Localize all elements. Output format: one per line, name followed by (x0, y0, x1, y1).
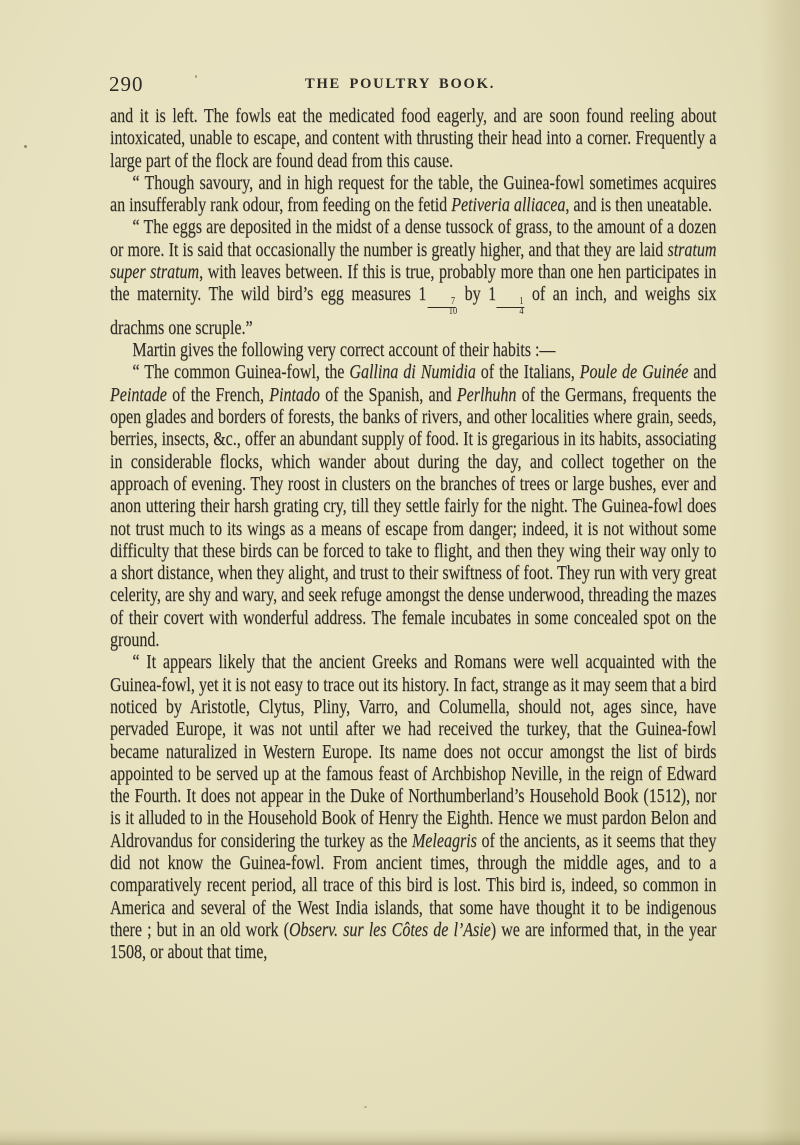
paragraph: “ It appears likely that the ancient Gre… (110, 651, 716, 963)
paragraph: “ The eggs are deposited in the midst of… (110, 216, 716, 339)
body-text: “ The common Guinea-fowl, the (132, 361, 349, 383)
body-text: of the Italians, (476, 361, 580, 383)
italic-text: Peintade (110, 384, 167, 406)
italic-text: Poule de Guinée (580, 361, 689, 383)
paragraph: “ Though savoury, and in high request fo… (110, 172, 716, 217)
fraction: 14 (496, 298, 524, 317)
paragraph: “ The common Guinea-fowl, the Gallina di… (110, 361, 716, 651)
body-text: “ The eggs are deposited in the midst of… (110, 216, 716, 260)
italic-text: Meleagris (412, 830, 477, 852)
italic-text: Observ. sur les Côtes de l’Asie (289, 919, 491, 941)
body-text: and it is left. The fowls eat the medica… (110, 105, 716, 172)
paragraph: and it is left. The fowls eat the medica… (110, 105, 716, 172)
italic-text: Gallina di Numidia (349, 361, 475, 383)
body-text: Martin gives the following very correct … (132, 339, 555, 361)
body-text: , and is then uneatable. (565, 194, 712, 216)
italic-text: Perlhuhn (457, 384, 517, 406)
paper-speck (364, 1106, 367, 1108)
fraction: 710 (426, 298, 457, 317)
page-number: 290 (109, 72, 144, 97)
body-text: of the Germans, frequents the open glade… (110, 384, 716, 651)
paragraph: Martin gives the following very correct … (110, 339, 716, 361)
running-title: THE POULTRY BOOK. (305, 76, 495, 93)
body-text: “ It appears likely that the ancient Gre… (110, 651, 716, 851)
italic-text: Pintado (269, 384, 320, 406)
body-text: of the Spanish, and (320, 384, 457, 406)
book-page: 290 THE POULTRY BOOK. and it is left. Th… (0, 0, 800, 1145)
paper-speck (24, 145, 27, 148)
body-text: and (688, 361, 716, 383)
page-header: 290 THE POULTRY BOOK. (0, 72, 800, 96)
italic-text: Petiveria alliacea (451, 194, 565, 216)
text-block: and it is left. The fowls eat the medica… (110, 105, 716, 963)
body-text: of the French, (167, 384, 269, 406)
body-text: by 1 (457, 283, 496, 305)
